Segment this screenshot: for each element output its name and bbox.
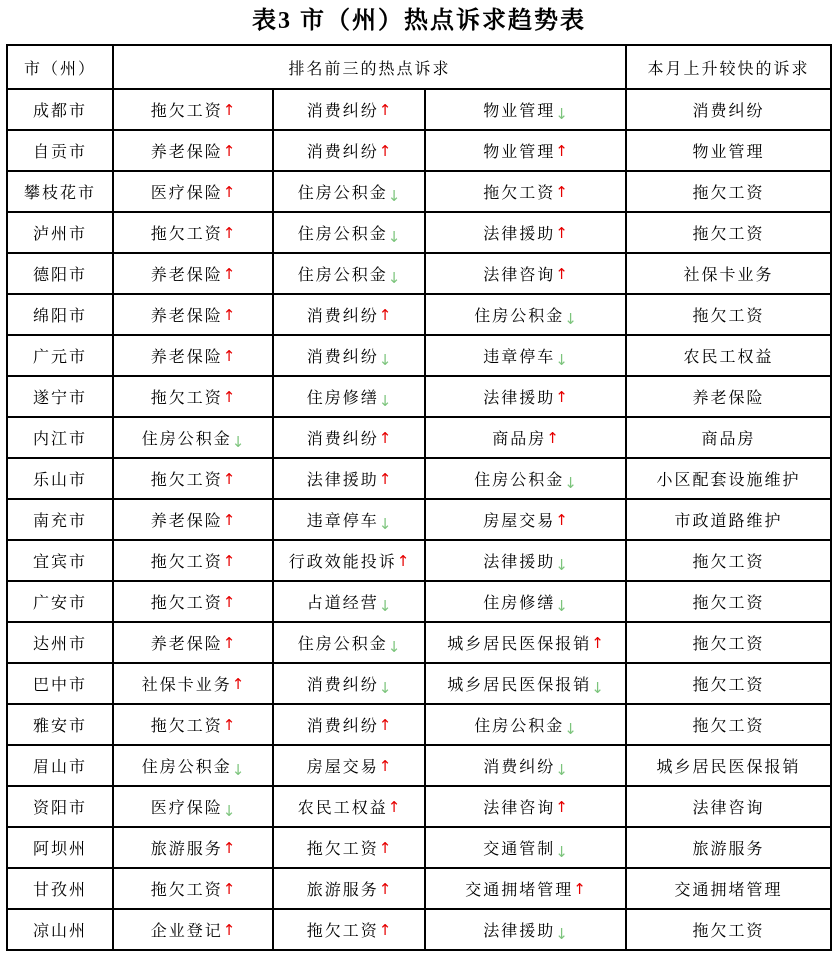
trend-up-arrow-icon: ↑ — [379, 921, 392, 939]
appeal-label: 养老保险 — [151, 308, 223, 325]
trend-up-arrow-icon: ↑ — [379, 142, 392, 160]
appeal-label: 拖欠工资 — [307, 923, 379, 940]
trend-down-arrow-icon: ↓ — [379, 679, 392, 697]
rising-appeal-label: 社保卡业务 — [683, 267, 773, 284]
appeal-cell: 消费纠纷↑ — [273, 294, 425, 335]
rising-appeal-cell: 市政道路维护 — [626, 499, 831, 540]
table-row: 甘孜州拖欠工资↑旅游服务↑交通拥堵管理↑交通拥堵管理 — [7, 868, 831, 909]
rising-appeal-label: 城乡居民医保报销 — [656, 759, 800, 776]
appeal-label: 交通管制 — [483, 841, 555, 858]
trend-up-arrow-icon: ↑ — [573, 880, 586, 898]
rising-appeal-cell: 拖欠工资 — [626, 909, 831, 950]
appeal-label: 法律咨询 — [483, 800, 555, 817]
appeal-cell: 物业管理↑ — [425, 130, 626, 171]
appeal-cell: 拖欠工资↑ — [273, 827, 425, 868]
city-name: 达州市 — [33, 636, 87, 653]
appeal-cell: 法律咨询↑ — [425, 786, 626, 827]
trend-down-arrow-icon: ↓ — [388, 269, 401, 287]
trend-up-arrow-icon: ↑ — [223, 593, 236, 611]
rising-appeal-cell: 拖欠工资 — [626, 581, 831, 622]
city-name: 泸州市 — [33, 226, 87, 243]
city-name: 自贡市 — [33, 144, 87, 161]
appeal-label: 住房公积金 — [142, 431, 232, 448]
rising-appeal-label: 拖欠工资 — [692, 677, 764, 694]
appeal-cell: 企业登记↑ — [113, 909, 273, 950]
trend-up-arrow-icon: ↑ — [379, 716, 392, 734]
trend-down-arrow-icon: ↓ — [555, 925, 568, 943]
trend-up-arrow-icon: ↑ — [223, 716, 236, 734]
table-row: 攀枝花市医疗保险↑住房公积金↓拖欠工资↑拖欠工资 — [7, 171, 831, 212]
appeal-label: 医疗保险 — [151, 185, 223, 202]
appeal-label: 消费纠纷 — [307, 349, 379, 366]
appeal-label: 拖欠工资 — [151, 226, 223, 243]
appeal-cell: 拖欠工资↑ — [425, 171, 626, 212]
city-name: 乐山市 — [33, 472, 87, 489]
appeal-cell: 住房公积金↓ — [273, 622, 425, 663]
appeal-label: 违章停车 — [307, 513, 379, 530]
rising-appeal-label: 市政道路维护 — [674, 513, 782, 530]
city-name: 广安市 — [33, 595, 87, 612]
appeal-label: 企业登记 — [151, 923, 223, 940]
appeal-label: 消费纠纷 — [307, 103, 379, 120]
trend-up-arrow-icon: ↑ — [232, 675, 245, 693]
appeal-label: 消费纠纷 — [307, 431, 379, 448]
appeal-label: 行政效能投诉 — [289, 554, 397, 571]
trend-up-arrow-icon: ↑ — [379, 839, 392, 857]
appeal-label: 法律援助 — [483, 390, 555, 407]
city-name: 宜宾市 — [33, 554, 87, 571]
table-row: 成都市拖欠工资↑消费纠纷↑物业管理↓消费纠纷 — [7, 89, 831, 130]
appeal-label: 商品房 — [492, 431, 546, 448]
trend-down-arrow-icon: ↓ — [388, 228, 401, 246]
appeal-label: 法律援助 — [483, 554, 555, 571]
appeal-label: 拖欠工资 — [151, 554, 223, 571]
appeal-cell: 养老保险↑ — [113, 253, 273, 294]
appeal-cell: 消费纠纷↑ — [273, 704, 425, 745]
city-cell: 内江市 — [7, 417, 113, 458]
appeal-cell: 法律援助↑ — [425, 376, 626, 417]
appeal-label: 住房公积金 — [142, 759, 232, 776]
appeal-cell: 占道经营↓ — [273, 581, 425, 622]
city-name: 南充市 — [33, 513, 87, 530]
appeal-label: 消费纠纷 — [483, 759, 555, 776]
appeal-cell: 医疗保险↑ — [113, 171, 273, 212]
trend-down-arrow-icon: ↓ — [564, 720, 577, 738]
rising-appeal-cell: 拖欠工资 — [626, 171, 831, 212]
trend-up-arrow-icon: ↑ — [223, 921, 236, 939]
appeal-cell: 消费纠纷↓ — [273, 335, 425, 376]
rising-appeal-cell: 物业管理 — [626, 130, 831, 171]
appeal-label: 住房公积金 — [474, 472, 564, 489]
appeal-label: 房屋交易 — [483, 513, 555, 530]
trend-down-arrow-icon: ↓ — [555, 597, 568, 615]
trend-up-arrow-icon: ↑ — [223, 347, 236, 365]
trend-down-arrow-icon: ↓ — [223, 802, 236, 820]
appeal-label: 消费纠纷 — [307, 144, 379, 161]
appeal-cell: 商品房↑ — [425, 417, 626, 458]
trend-up-arrow-icon: ↑ — [223, 306, 236, 324]
rising-appeal-label: 消费纠纷 — [692, 103, 764, 120]
rising-appeal-cell: 社保卡业务 — [626, 253, 831, 294]
city-cell: 眉山市 — [7, 745, 113, 786]
appeal-label: 拖欠工资 — [151, 103, 223, 120]
appeal-cell: 法律援助↑ — [273, 458, 425, 499]
appeal-cell: 拖欠工资↑ — [273, 909, 425, 950]
appeal-cell: 农民工权益↑ — [273, 786, 425, 827]
city-cell: 乐山市 — [7, 458, 113, 499]
rising-appeal-cell: 拖欠工资 — [626, 622, 831, 663]
appeal-cell: 养老保险↑ — [113, 294, 273, 335]
trend-up-arrow-icon: ↑ — [555, 798, 568, 816]
table-row: 自贡市养老保险↑消费纠纷↑物业管理↑物业管理 — [7, 130, 831, 171]
city-cell: 广安市 — [7, 581, 113, 622]
rising-appeal-label: 养老保险 — [692, 390, 764, 407]
trend-down-arrow-icon: ↓ — [379, 392, 392, 410]
city-name: 凉山州 — [33, 923, 87, 940]
table-body: 成都市拖欠工资↑消费纠纷↑物业管理↓消费纠纷自贡市养老保险↑消费纠纷↑物业管理↑… — [7, 89, 831, 950]
rising-appeal-cell: 小区配套设施维护 — [626, 458, 831, 499]
trend-up-arrow-icon: ↑ — [379, 470, 392, 488]
appeal-cell: 养老保险↑ — [113, 130, 273, 171]
appeal-cell: 消费纠纷↑ — [273, 130, 425, 171]
trend-up-arrow-icon: ↑ — [546, 429, 559, 447]
trend-down-arrow-icon: ↓ — [379, 597, 392, 615]
rising-appeal-label: 拖欠工资 — [692, 185, 764, 202]
city-cell: 巴中市 — [7, 663, 113, 704]
trend-down-arrow-icon: ↓ — [564, 310, 577, 328]
appeal-label: 拖欠工资 — [151, 595, 223, 612]
appeal-label: 占道经营 — [307, 595, 379, 612]
trend-up-arrow-icon: ↑ — [223, 183, 236, 201]
table-row: 达州市养老保险↑住房公积金↓城乡居民医保报销↑拖欠工资 — [7, 622, 831, 663]
table-row: 宜宾市拖欠工资↑行政效能投诉↑法律援助↓拖欠工资 — [7, 540, 831, 581]
table-row: 南充市养老保险↑违章停车↓房屋交易↑市政道路维护 — [7, 499, 831, 540]
appeal-cell: 违章停车↓ — [425, 335, 626, 376]
appeal-cell: 房屋交易↑ — [425, 499, 626, 540]
appeal-cell: 医疗保险↓ — [113, 786, 273, 827]
city-cell: 南充市 — [7, 499, 113, 540]
appeal-cell: 行政效能投诉↑ — [273, 540, 425, 581]
appeal-cell: 拖欠工资↑ — [113, 540, 273, 581]
city-cell: 宜宾市 — [7, 540, 113, 581]
header-row: 市（州） 排名前三的热点诉求 本月上升较快的诉求 — [7, 45, 831, 89]
appeal-cell: 住房修缮↓ — [425, 581, 626, 622]
city-cell: 广元市 — [7, 335, 113, 376]
rising-appeal-cell: 养老保险 — [626, 376, 831, 417]
table-row: 巴中市社保卡业务↑消费纠纷↓城乡居民医保报销↓拖欠工资 — [7, 663, 831, 704]
appeal-cell: 住房公积金↓ — [113, 745, 273, 786]
appeal-cell: 住房公积金↓ — [425, 458, 626, 499]
trend-up-arrow-icon: ↑ — [555, 142, 568, 160]
city-name: 绵阳市 — [33, 308, 87, 325]
appeal-cell: 养老保险↑ — [113, 335, 273, 376]
appeal-label: 养老保险 — [151, 267, 223, 284]
trend-down-arrow-icon: ↓ — [388, 638, 401, 656]
appeal-label: 拖欠工资 — [151, 718, 223, 735]
appeal-label: 法律援助 — [307, 472, 379, 489]
appeal-cell: 拖欠工资↑ — [113, 868, 273, 909]
appeal-label: 住房公积金 — [474, 718, 564, 735]
table-row: 广安市拖欠工资↑占道经营↓住房修缮↓拖欠工资 — [7, 581, 831, 622]
rising-appeal-label: 物业管理 — [692, 144, 764, 161]
rising-appeal-cell: 拖欠工资 — [626, 212, 831, 253]
trend-up-arrow-icon: ↑ — [223, 552, 236, 570]
appeal-cell: 养老保险↑ — [113, 622, 273, 663]
rising-appeal-cell: 拖欠工资 — [626, 294, 831, 335]
appeal-label: 物业管理 — [483, 144, 555, 161]
rising-appeal-cell: 拖欠工资 — [626, 704, 831, 745]
rising-appeal-label: 交通拥堵管理 — [674, 882, 782, 899]
table-row: 内江市住房公积金↓消费纠纷↑商品房↑商品房 — [7, 417, 831, 458]
rising-appeal-label: 商品房 — [701, 431, 755, 448]
table-row: 绵阳市养老保险↑消费纠纷↑住房公积金↓拖欠工资 — [7, 294, 831, 335]
trend-up-arrow-icon: ↑ — [223, 634, 236, 652]
appeal-label: 法律援助 — [483, 923, 555, 940]
table-row: 眉山市住房公积金↓房屋交易↑消费纠纷↓城乡居民医保报销 — [7, 745, 831, 786]
appeal-label: 法律援助 — [483, 226, 555, 243]
appeal-cell: 拖欠工资↑ — [113, 376, 273, 417]
city-name: 雅安市 — [33, 718, 87, 735]
trend-down-arrow-icon: ↓ — [379, 515, 392, 533]
trend-down-arrow-icon: ↓ — [555, 761, 568, 779]
trend-up-arrow-icon: ↑ — [591, 634, 604, 652]
appeal-label: 旅游服务 — [307, 882, 379, 899]
appeal-label: 住房修缮 — [483, 595, 555, 612]
city-name: 成都市 — [33, 103, 87, 120]
rising-appeal-label: 旅游服务 — [692, 841, 764, 858]
rising-appeal-cell: 商品房 — [626, 417, 831, 458]
city-cell: 雅安市 — [7, 704, 113, 745]
trend-up-arrow-icon: ↑ — [223, 511, 236, 529]
trend-down-arrow-icon: ↓ — [564, 474, 577, 492]
appeal-label: 住房公积金 — [298, 267, 388, 284]
rising-appeal-cell: 消费纠纷 — [626, 89, 831, 130]
city-name: 甘孜州 — [33, 882, 87, 899]
city-name: 巴中市 — [33, 677, 87, 694]
city-cell: 凉山州 — [7, 909, 113, 950]
appeal-label: 医疗保险 — [151, 800, 223, 817]
trend-up-arrow-icon: ↑ — [555, 388, 568, 406]
trend-up-arrow-icon: ↑ — [379, 429, 392, 447]
rising-appeal-cell: 拖欠工资 — [626, 540, 831, 581]
city-cell: 达州市 — [7, 622, 113, 663]
trend-up-arrow-icon: ↑ — [555, 183, 568, 201]
trend-up-arrow-icon: ↑ — [223, 142, 236, 160]
header-city: 市（州） — [7, 45, 113, 89]
appeal-label: 拖欠工资 — [483, 185, 555, 202]
city-cell: 自贡市 — [7, 130, 113, 171]
rising-appeal-label: 小区配套设施维护 — [656, 472, 800, 489]
city-name: 阿坝州 — [33, 841, 87, 858]
trend-down-arrow-icon: ↓ — [555, 105, 568, 123]
city-name: 内江市 — [33, 431, 87, 448]
appeal-cell: 房屋交易↑ — [273, 745, 425, 786]
trend-down-arrow-icon: ↓ — [591, 679, 604, 697]
trend-up-arrow-icon: ↑ — [555, 511, 568, 529]
city-name: 资阳市 — [33, 800, 87, 817]
rising-appeal-label: 拖欠工资 — [692, 308, 764, 325]
appeal-label: 物业管理 — [483, 103, 555, 120]
city-cell: 成都市 — [7, 89, 113, 130]
appeal-cell: 法律咨询↑ — [425, 253, 626, 294]
city-name: 德阳市 — [33, 267, 87, 284]
appeal-cell: 法律援助↓ — [425, 909, 626, 950]
rising-appeal-cell: 旅游服务 — [626, 827, 831, 868]
table-row: 阿坝州旅游服务↑拖欠工资↑交通管制↓旅游服务 — [7, 827, 831, 868]
appeal-label: 法律咨询 — [483, 267, 555, 284]
appeal-label: 农民工权益 — [298, 800, 388, 817]
appeal-label: 消费纠纷 — [307, 677, 379, 694]
city-name: 广元市 — [33, 349, 87, 366]
appeal-cell: 拖欠工资↑ — [113, 89, 273, 130]
city-cell: 绵阳市 — [7, 294, 113, 335]
appeal-cell: 住房公积金↓ — [273, 212, 425, 253]
trend-up-arrow-icon: ↑ — [223, 470, 236, 488]
rising-appeal-cell: 农民工权益 — [626, 335, 831, 376]
header-rising-appeals: 本月上升较快的诉求 — [626, 45, 831, 89]
rising-appeal-cell: 交通拥堵管理 — [626, 868, 831, 909]
city-cell: 泸州市 — [7, 212, 113, 253]
appeal-label: 城乡居民医保报销 — [447, 636, 591, 653]
trend-up-arrow-icon: ↑ — [223, 265, 236, 283]
hot-appeals-trend-table: 市（州） 排名前三的热点诉求 本月上升较快的诉求 成都市拖欠工资↑消费纠纷↑物业… — [6, 44, 832, 951]
appeal-cell: 养老保险↑ — [113, 499, 273, 540]
trend-up-arrow-icon: ↑ — [555, 224, 568, 242]
appeal-cell: 消费纠纷↑ — [273, 417, 425, 458]
appeal-label: 房屋交易 — [307, 759, 379, 776]
appeal-cell: 旅游服务↑ — [273, 868, 425, 909]
appeal-label: 养老保险 — [151, 513, 223, 530]
trend-up-arrow-icon: ↑ — [223, 388, 236, 406]
appeal-label: 拖欠工资 — [307, 841, 379, 858]
trend-up-arrow-icon: ↑ — [223, 101, 236, 119]
rising-appeal-label: 拖欠工资 — [692, 636, 764, 653]
trend-down-arrow-icon: ↓ — [379, 351, 392, 369]
appeal-label: 养老保险 — [151, 144, 223, 161]
appeal-cell: 城乡居民医保报销↑ — [425, 622, 626, 663]
appeal-cell: 住房公积金↓ — [425, 704, 626, 745]
appeal-cell: 社保卡业务↑ — [113, 663, 273, 704]
rising-appeal-label: 拖欠工资 — [692, 595, 764, 612]
appeal-label: 消费纠纷 — [307, 718, 379, 735]
trend-up-arrow-icon: ↑ — [223, 839, 236, 857]
appeal-cell: 消费纠纷↓ — [273, 663, 425, 704]
trend-down-arrow-icon: ↓ — [232, 761, 245, 779]
appeal-label: 城乡居民医保报销 — [447, 677, 591, 694]
rising-appeal-cell: 城乡居民医保报销 — [626, 745, 831, 786]
trend-up-arrow-icon: ↑ — [223, 880, 236, 898]
city-name: 遂宁市 — [33, 390, 87, 407]
trend-up-arrow-icon: ↑ — [555, 265, 568, 283]
appeal-label: 消费纠纷 — [307, 308, 379, 325]
appeal-cell: 拖欠工资↑ — [113, 458, 273, 499]
appeal-label: 旅游服务 — [151, 841, 223, 858]
trend-up-arrow-icon: ↑ — [379, 101, 392, 119]
trend-up-arrow-icon: ↑ — [379, 306, 392, 324]
trend-down-arrow-icon: ↓ — [388, 187, 401, 205]
appeal-label: 社保卡业务 — [142, 677, 232, 694]
rising-appeal-label: 拖欠工资 — [692, 923, 764, 940]
appeal-cell: 违章停车↓ — [273, 499, 425, 540]
city-cell: 攀枝花市 — [7, 171, 113, 212]
appeal-label: 违章停车 — [483, 349, 555, 366]
appeal-label: 养老保险 — [151, 349, 223, 366]
appeal-cell: 拖欠工资↑ — [113, 704, 273, 745]
trend-down-arrow-icon: ↓ — [232, 433, 245, 451]
trend-down-arrow-icon: ↓ — [555, 351, 568, 369]
appeal-cell: 住房公积金↓ — [273, 171, 425, 212]
appeal-label: 住房公积金 — [298, 185, 388, 202]
table-row: 泸州市拖欠工资↑住房公积金↓法律援助↑拖欠工资 — [7, 212, 831, 253]
rising-appeal-cell: 法律咨询 — [626, 786, 831, 827]
page-title: 表3 市（州）热点诉求趋势表 — [0, 5, 838, 37]
table-row: 广元市养老保险↑消费纠纷↓违章停车↓农民工权益 — [7, 335, 831, 376]
table-row: 凉山州企业登记↑拖欠工资↑法律援助↓拖欠工资 — [7, 909, 831, 950]
trend-up-arrow-icon: ↑ — [379, 757, 392, 775]
city-cell: 德阳市 — [7, 253, 113, 294]
appeal-cell: 住房公积金↓ — [273, 253, 425, 294]
appeal-cell: 城乡居民医保报销↓ — [425, 663, 626, 704]
city-cell: 阿坝州 — [7, 827, 113, 868]
appeal-label: 养老保险 — [151, 636, 223, 653]
trend-up-arrow-icon: ↑ — [223, 224, 236, 242]
appeal-label: 住房公积金 — [298, 636, 388, 653]
appeal-cell: 住房公积金↓ — [113, 417, 273, 458]
header-top3-appeals: 排名前三的热点诉求 — [113, 45, 626, 89]
appeal-label: 拖欠工资 — [151, 882, 223, 899]
city-cell: 资阳市 — [7, 786, 113, 827]
appeal-cell: 法律援助↑ — [425, 212, 626, 253]
appeal-cell: 物业管理↓ — [425, 89, 626, 130]
table-row: 雅安市拖欠工资↑消费纠纷↑住房公积金↓拖欠工资 — [7, 704, 831, 745]
appeal-label: 拖欠工资 — [151, 472, 223, 489]
table-header: 市（州） 排名前三的热点诉求 本月上升较快的诉求 — [7, 45, 831, 89]
city-cell: 甘孜州 — [7, 868, 113, 909]
appeal-label: 住房修缮 — [307, 390, 379, 407]
trend-up-arrow-icon: ↑ — [397, 552, 410, 570]
appeal-label: 住房公积金 — [298, 226, 388, 243]
appeal-cell: 拖欠工资↑ — [113, 581, 273, 622]
rising-appeal-label: 农民工权益 — [683, 349, 773, 366]
appeal-cell: 法律援助↓ — [425, 540, 626, 581]
trend-up-arrow-icon: ↑ — [379, 880, 392, 898]
appeal-cell: 拖欠工资↑ — [113, 212, 273, 253]
table-row: 资阳市医疗保险↓农民工权益↑法律咨询↑法律咨询 — [7, 786, 831, 827]
city-cell: 遂宁市 — [7, 376, 113, 417]
trend-down-arrow-icon: ↓ — [555, 556, 568, 574]
rising-appeal-label: 拖欠工资 — [692, 554, 764, 571]
appeal-cell: 住房修缮↓ — [273, 376, 425, 417]
rising-appeal-cell: 拖欠工资 — [626, 663, 831, 704]
appeal-cell: 消费纠纷↓ — [425, 745, 626, 786]
rising-appeal-label: 法律咨询 — [692, 800, 764, 817]
rising-appeal-label: 拖欠工资 — [692, 718, 764, 735]
table-row: 遂宁市拖欠工资↑住房修缮↓法律援助↑养老保险 — [7, 376, 831, 417]
table-row: 德阳市养老保险↑住房公积金↓法律咨询↑社保卡业务 — [7, 253, 831, 294]
city-name: 眉山市 — [33, 759, 87, 776]
appeal-label: 住房公积金 — [474, 308, 564, 325]
appeal-label: 交通拥堵管理 — [465, 882, 573, 899]
rising-appeal-label: 拖欠工资 — [692, 226, 764, 243]
city-name: 攀枝花市 — [24, 185, 96, 202]
appeal-cell: 旅游服务↑ — [113, 827, 273, 868]
appeal-cell: 交通管制↓ — [425, 827, 626, 868]
appeal-label: 拖欠工资 — [151, 390, 223, 407]
appeal-cell: 消费纠纷↑ — [273, 89, 425, 130]
trend-up-arrow-icon: ↑ — [388, 798, 401, 816]
table-row: 乐山市拖欠工资↑法律援助↑住房公积金↓小区配套设施维护 — [7, 458, 831, 499]
appeal-cell: 住房公积金↓ — [425, 294, 626, 335]
